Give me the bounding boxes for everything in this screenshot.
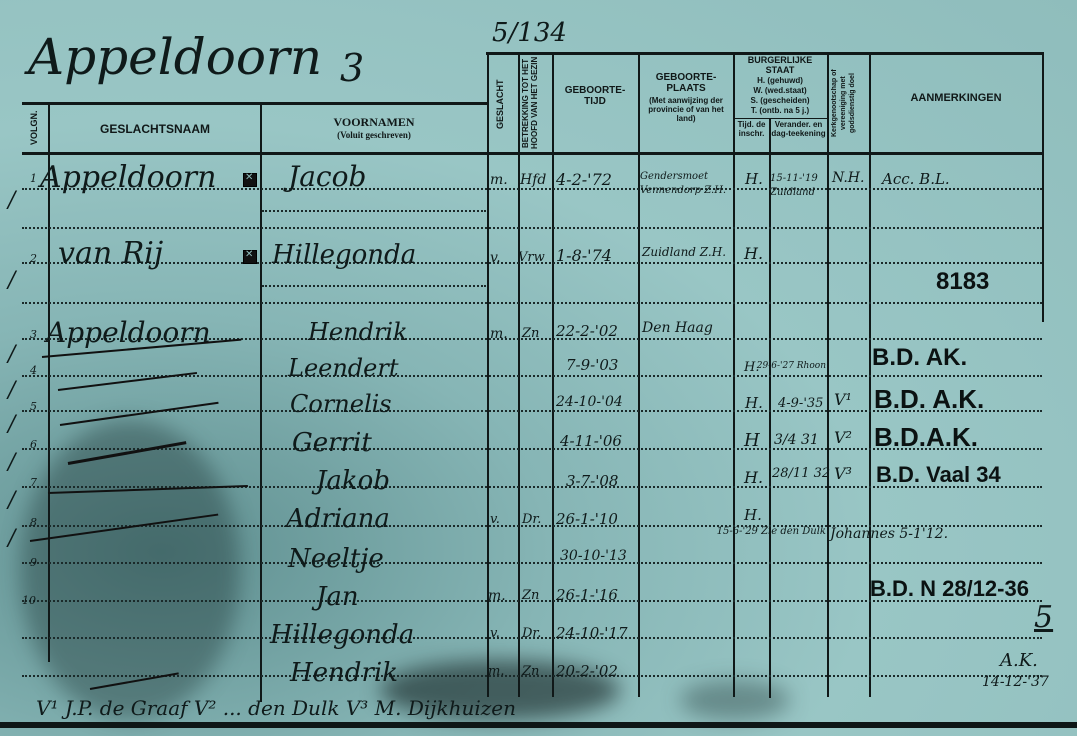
- civil-status: H.: [744, 506, 762, 524]
- checkbox-mark-icon: [243, 250, 257, 264]
- header-burgerlijke-staat: BURGERLIJKE STAAT: [735, 55, 825, 75]
- footer-note: V¹ J.P. de Graaf V² ... den Dulk V³ M. D…: [36, 696, 516, 720]
- row-number: 2: [30, 252, 37, 265]
- status-change: 3/4 31: [774, 432, 819, 448]
- status-code-h: H. (gehuwd): [735, 76, 825, 86]
- row-number: 8: [30, 516, 37, 529]
- row-number: 7: [30, 476, 37, 489]
- header-tijd-inschr: Tijd. de inschr.: [734, 120, 769, 138]
- church: V³: [834, 464, 852, 483]
- family-title: Appeldoorn: [28, 28, 322, 86]
- firstname: Hillegonda: [270, 620, 414, 650]
- row-check-mark: /: [8, 268, 15, 293]
- header-geboortetijd: GEBOORTE-TIJD: [554, 85, 636, 107]
- sex: v.: [490, 626, 500, 641]
- sex: m.: [488, 664, 504, 679]
- family-title-suffix: 3: [340, 46, 364, 90]
- sex: v.: [490, 250, 501, 266]
- firstname: Hendrik: [290, 658, 398, 688]
- remark: Acc. B.L.: [882, 170, 950, 188]
- firstname: Leendert: [288, 354, 398, 382]
- header-geboorteplaats-sub: (Met aanwijzing der provincie of van het…: [640, 96, 732, 123]
- row-number: 10: [22, 594, 36, 607]
- card-reference: 5/134: [492, 18, 567, 48]
- firstname: Jan: [316, 582, 359, 612]
- ink-stain: [680, 680, 790, 720]
- remark: Johannes 5-1'12.: [830, 526, 948, 542]
- remark-stamp: B.D. AK.: [872, 344, 967, 372]
- civil-status: H.: [745, 394, 763, 412]
- relation: Dr.: [522, 512, 541, 527]
- firstname: Hendrik: [308, 318, 408, 346]
- row-check-mark: /: [8, 412, 15, 437]
- remark-stamp: B.D. A.K.: [874, 384, 984, 415]
- register-number-stamp: 8183: [936, 268, 989, 296]
- header-bottom-rule: [22, 152, 1042, 155]
- surname: van Rij: [58, 236, 163, 271]
- sex: m.: [490, 172, 508, 188]
- row-number: 1: [30, 172, 37, 185]
- birth-place: Zuidland Z.H.: [642, 244, 732, 260]
- status-code-t: T. (ontb. na 5 j.): [735, 106, 825, 116]
- header-verandering: Verander. en dag-teekening: [770, 120, 827, 138]
- row-check-mark: /: [8, 450, 15, 475]
- row-number: 5: [30, 400, 37, 413]
- church: V¹: [834, 390, 852, 409]
- firstname: Hillegonda: [272, 240, 416, 270]
- row-number: 6: [30, 438, 37, 451]
- remark-stamp: B.D.A.K.: [874, 422, 978, 453]
- status-sub-rule: [733, 118, 827, 119]
- relation: Zn: [522, 664, 539, 679]
- row-rule: [262, 210, 486, 212]
- church: N.H.: [832, 170, 864, 186]
- col-rule: [769, 118, 771, 698]
- sex: v.: [490, 512, 500, 527]
- birth-date: 4-2-'72: [556, 170, 612, 189]
- header-title-rule: [22, 102, 488, 105]
- birth-date: 7-9-'03: [566, 356, 618, 374]
- row-number: 4: [30, 364, 37, 377]
- birth-date: 26-1-'10: [556, 510, 618, 528]
- relation: Hfd: [520, 172, 546, 188]
- remark-stamp: B.D. Vaal 34: [876, 462, 1001, 488]
- row-check-mark: /: [8, 378, 15, 403]
- status-code-w: W. (wed.staat): [735, 86, 825, 96]
- header-geslachtsnaam: GESLACHTSNAAM: [52, 122, 258, 136]
- birth-date: 1-8-'74: [556, 246, 612, 265]
- row-rule: [22, 562, 1042, 564]
- birth-date: 24-10-'17: [556, 624, 628, 642]
- birth-date: 22-2-'02: [556, 322, 618, 340]
- church: V²: [834, 428, 852, 447]
- birth-date: 24-10-'04: [556, 394, 623, 410]
- birth-date: 20-2-'02: [556, 662, 618, 680]
- sex: m.: [488, 588, 506, 604]
- row-check-mark: /: [8, 488, 15, 513]
- birth-date: 26-1-'16: [556, 586, 618, 604]
- birth-date: 30-10-'13: [560, 548, 627, 564]
- relation: Zn: [522, 326, 539, 341]
- row-check-mark: /: [8, 188, 15, 213]
- card-bottom-edge: [0, 722, 1077, 728]
- checkbox-mark-icon: [243, 173, 257, 187]
- relation: Vrw: [518, 250, 545, 265]
- firstname: Gerrit: [292, 428, 372, 458]
- row-rule: [22, 302, 1042, 304]
- header-aanmerkingen: AANMERKINGEN: [870, 92, 1042, 104]
- header-betrekking: BETREKKING TOT HET HOOFD VAN HET GEZIN: [521, 56, 549, 150]
- header-voornamen-sub: (Voluit geschreven): [262, 130, 486, 140]
- header-kerkgenootschap: Kerkgenootschap of vereeniging met godsd…: [830, 56, 866, 150]
- col-rule: [1042, 52, 1044, 322]
- civil-status: H.: [744, 468, 763, 487]
- row-number: 9: [30, 556, 37, 569]
- status-code-s: S. (gescheiden): [735, 96, 825, 106]
- relation: Dr.: [522, 626, 541, 641]
- status-change: 28/11 32: [772, 466, 830, 481]
- header-geboorteplaats: GEBOORTE-PLAATS: [640, 72, 732, 94]
- firstname: Adriana: [286, 504, 390, 534]
- row-number: 3: [30, 328, 37, 341]
- side-mark: 5: [1034, 600, 1053, 635]
- col-rule: [260, 102, 262, 702]
- population-register-card: Appeldoorn 3 5/134 VOLGN. GESLACHTSNAAM …: [0, 0, 1077, 736]
- row-rule: [22, 227, 1042, 229]
- status-change: 29-6-'27 Rhoon: [732, 360, 826, 372]
- remark-stamp: B.D. N 28/12-36: [870, 576, 1029, 602]
- status-change: 4-9-'35: [778, 396, 823, 411]
- header-volgnummer: VOLGN.: [30, 108, 39, 148]
- civil-status: H.: [745, 170, 763, 188]
- header-voornamen: VOORNAMEN: [262, 115, 486, 130]
- row-rule: [262, 285, 486, 287]
- birth-date: 3-7-'08: [566, 472, 618, 490]
- relation: Zn: [522, 588, 539, 603]
- surname: Appeldoorn: [40, 160, 216, 195]
- status-codes: H. (gehuwd) W. (wed.staat) S. (gescheide…: [735, 76, 825, 116]
- birth-place: Den Haag: [642, 320, 713, 336]
- firstname: Cornelis: [290, 390, 392, 418]
- row-check-mark: /: [8, 526, 15, 551]
- firstname: Jacob: [288, 160, 366, 193]
- sex: m.: [490, 326, 508, 342]
- firstname: Jakob: [316, 466, 390, 496]
- signature-date: 14-12-'37: [982, 674, 1049, 690]
- birth-date: 4-11-'06: [560, 432, 622, 450]
- row-check-mark: /: [8, 342, 15, 367]
- civil-status: H: [744, 430, 760, 451]
- birth-place: Gendersmoet Vennendorp Z.H.: [640, 170, 732, 198]
- status-change: 15-11-'19 Zuidland: [770, 172, 826, 200]
- civil-status: H.: [744, 244, 763, 263]
- status-change: 15-6-'29 Zie den Dulk: [680, 526, 826, 537]
- firstname: Neeltje: [288, 544, 384, 574]
- header-geslacht: GESLACHT: [496, 60, 505, 148]
- signature-initials: A.K.: [1000, 650, 1038, 671]
